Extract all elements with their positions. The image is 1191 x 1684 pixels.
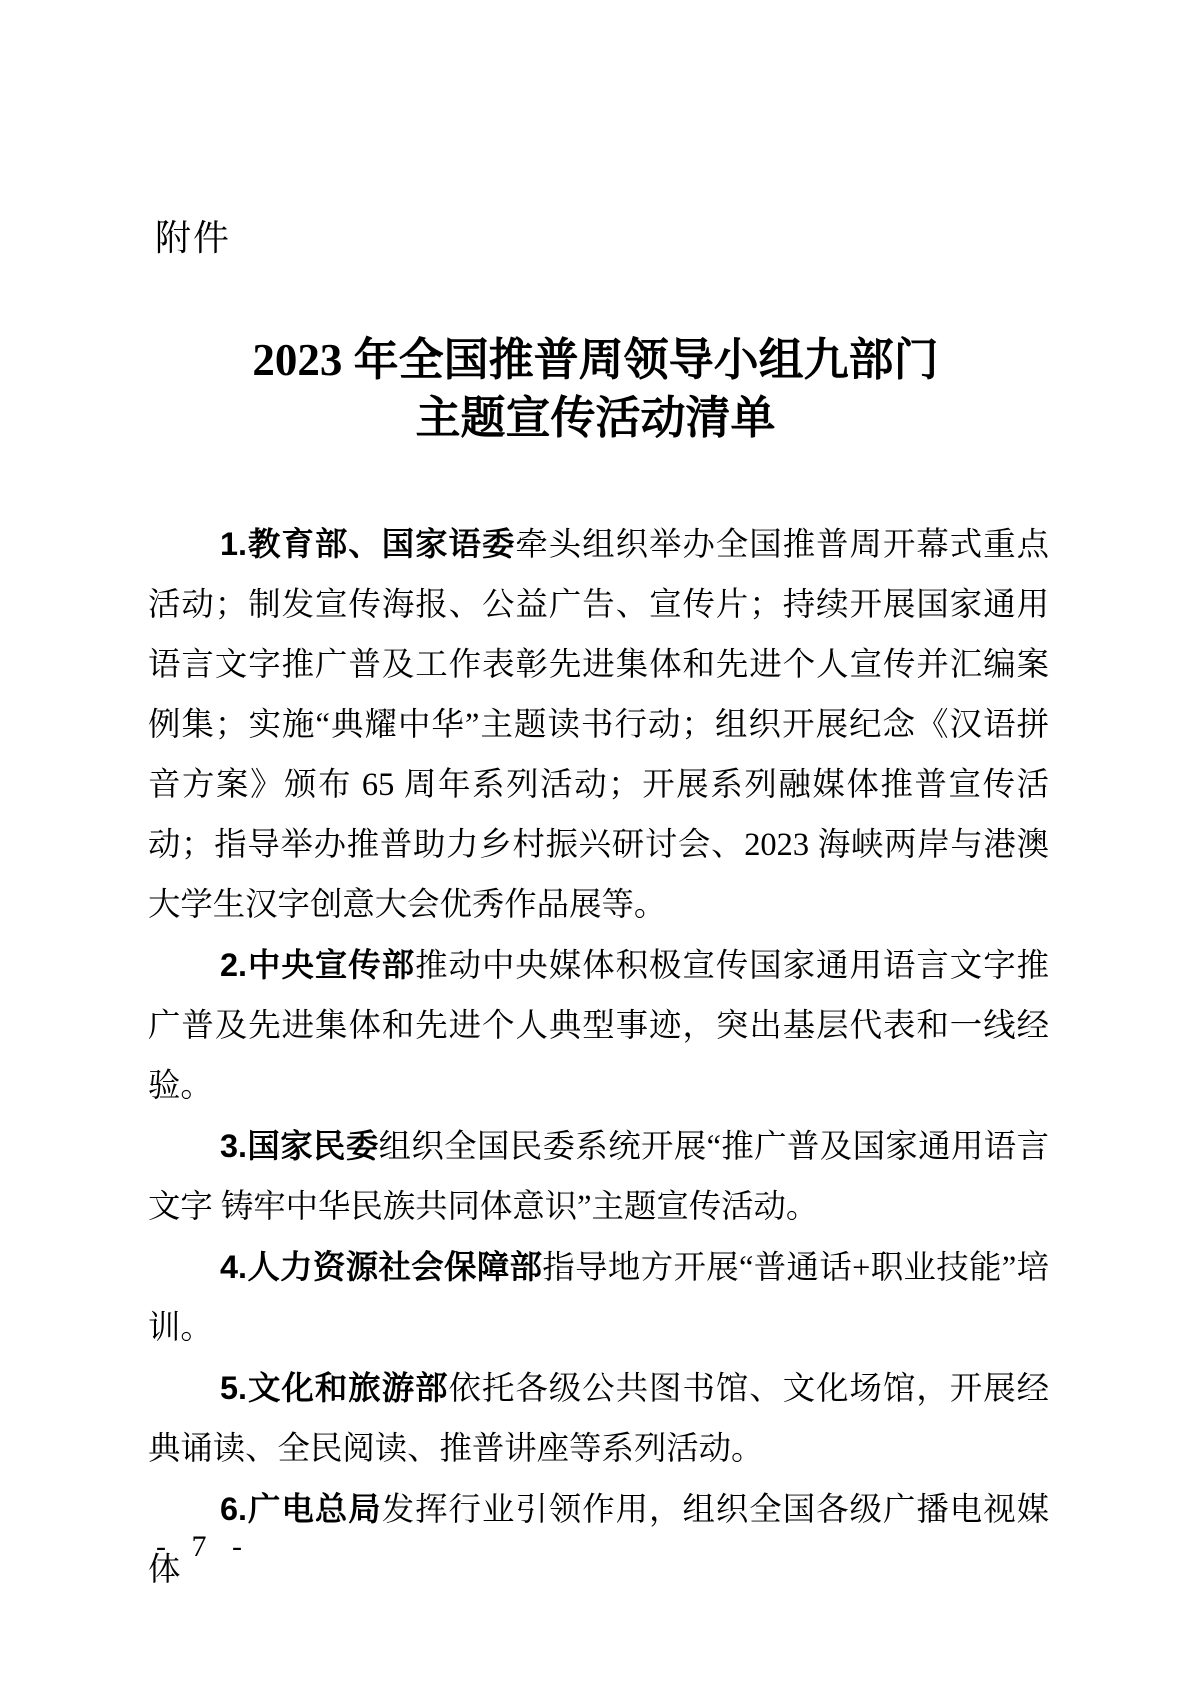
paragraph-5: 5.文化和旅游部依托各级公共图书馆、文化场馆，开展经典诵读、全民阅读、推普讲座等… [148, 1358, 1049, 1479]
paragraph-5-lead: 5.文化和旅游部 [220, 1370, 449, 1406]
attachment-label: 附件 [155, 218, 231, 258]
page-number: - 7 - [156, 1532, 246, 1562]
paragraph-4: 4.人力资源社会保障部指导地方开展“普通话+职业技能”培训。 [148, 1237, 1049, 1358]
document-title: 2023 年全国推普周领导小组九部门 主题宣传活动清单 [0, 331, 1191, 447]
paragraph-1-text: 牵头组织举办全国推普周开幕式重点活动；制发宣传海报、公益广告、宣传片；持续开展国… [148, 527, 1049, 923]
paragraph-2: 2.中央宣传部推动中央媒体积极宣传国家通用语言文字推广普及先进集体和先进个人典型… [148, 935, 1049, 1116]
document-title-line2: 主题宣传活动清单 [0, 389, 1191, 447]
paragraph-3: 3.国家民委组织全国民委系统开展“推广普及国家通用语言文字 铸牢中华民族共同体意… [148, 1116, 1049, 1237]
document-title-line1: 2023 年全国推普周领导小组九部门 [0, 331, 1191, 389]
paragraph-6: 6.广电总局发挥行业引领作用，组织全国各级广播电视媒体 [148, 1479, 1049, 1600]
paragraph-4-lead: 4.人力资源社会保障部 [220, 1249, 542, 1285]
paragraph-2-lead: 2.中央宣传部 [220, 947, 415, 983]
paragraph-3-lead: 3.国家民委 [220, 1128, 379, 1164]
paragraph-1: 1.教育部、国家语委牵头组织举办全国推普周开幕式重点活动；制发宣传海报、公益广告… [148, 514, 1049, 935]
paragraph-6-lead: 6.广电总局 [220, 1491, 382, 1527]
document-body: 1.教育部、国家语委牵头组织举办全国推普周开幕式重点活动；制发宣传海报、公益广告… [148, 514, 1049, 1600]
paragraph-1-lead: 1.教育部、国家语委 [220, 526, 515, 562]
document-page: 附件 2023 年全国推普周领导小组九部门 主题宣传活动清单 1.教育部、国家语… [0, 0, 1191, 1684]
